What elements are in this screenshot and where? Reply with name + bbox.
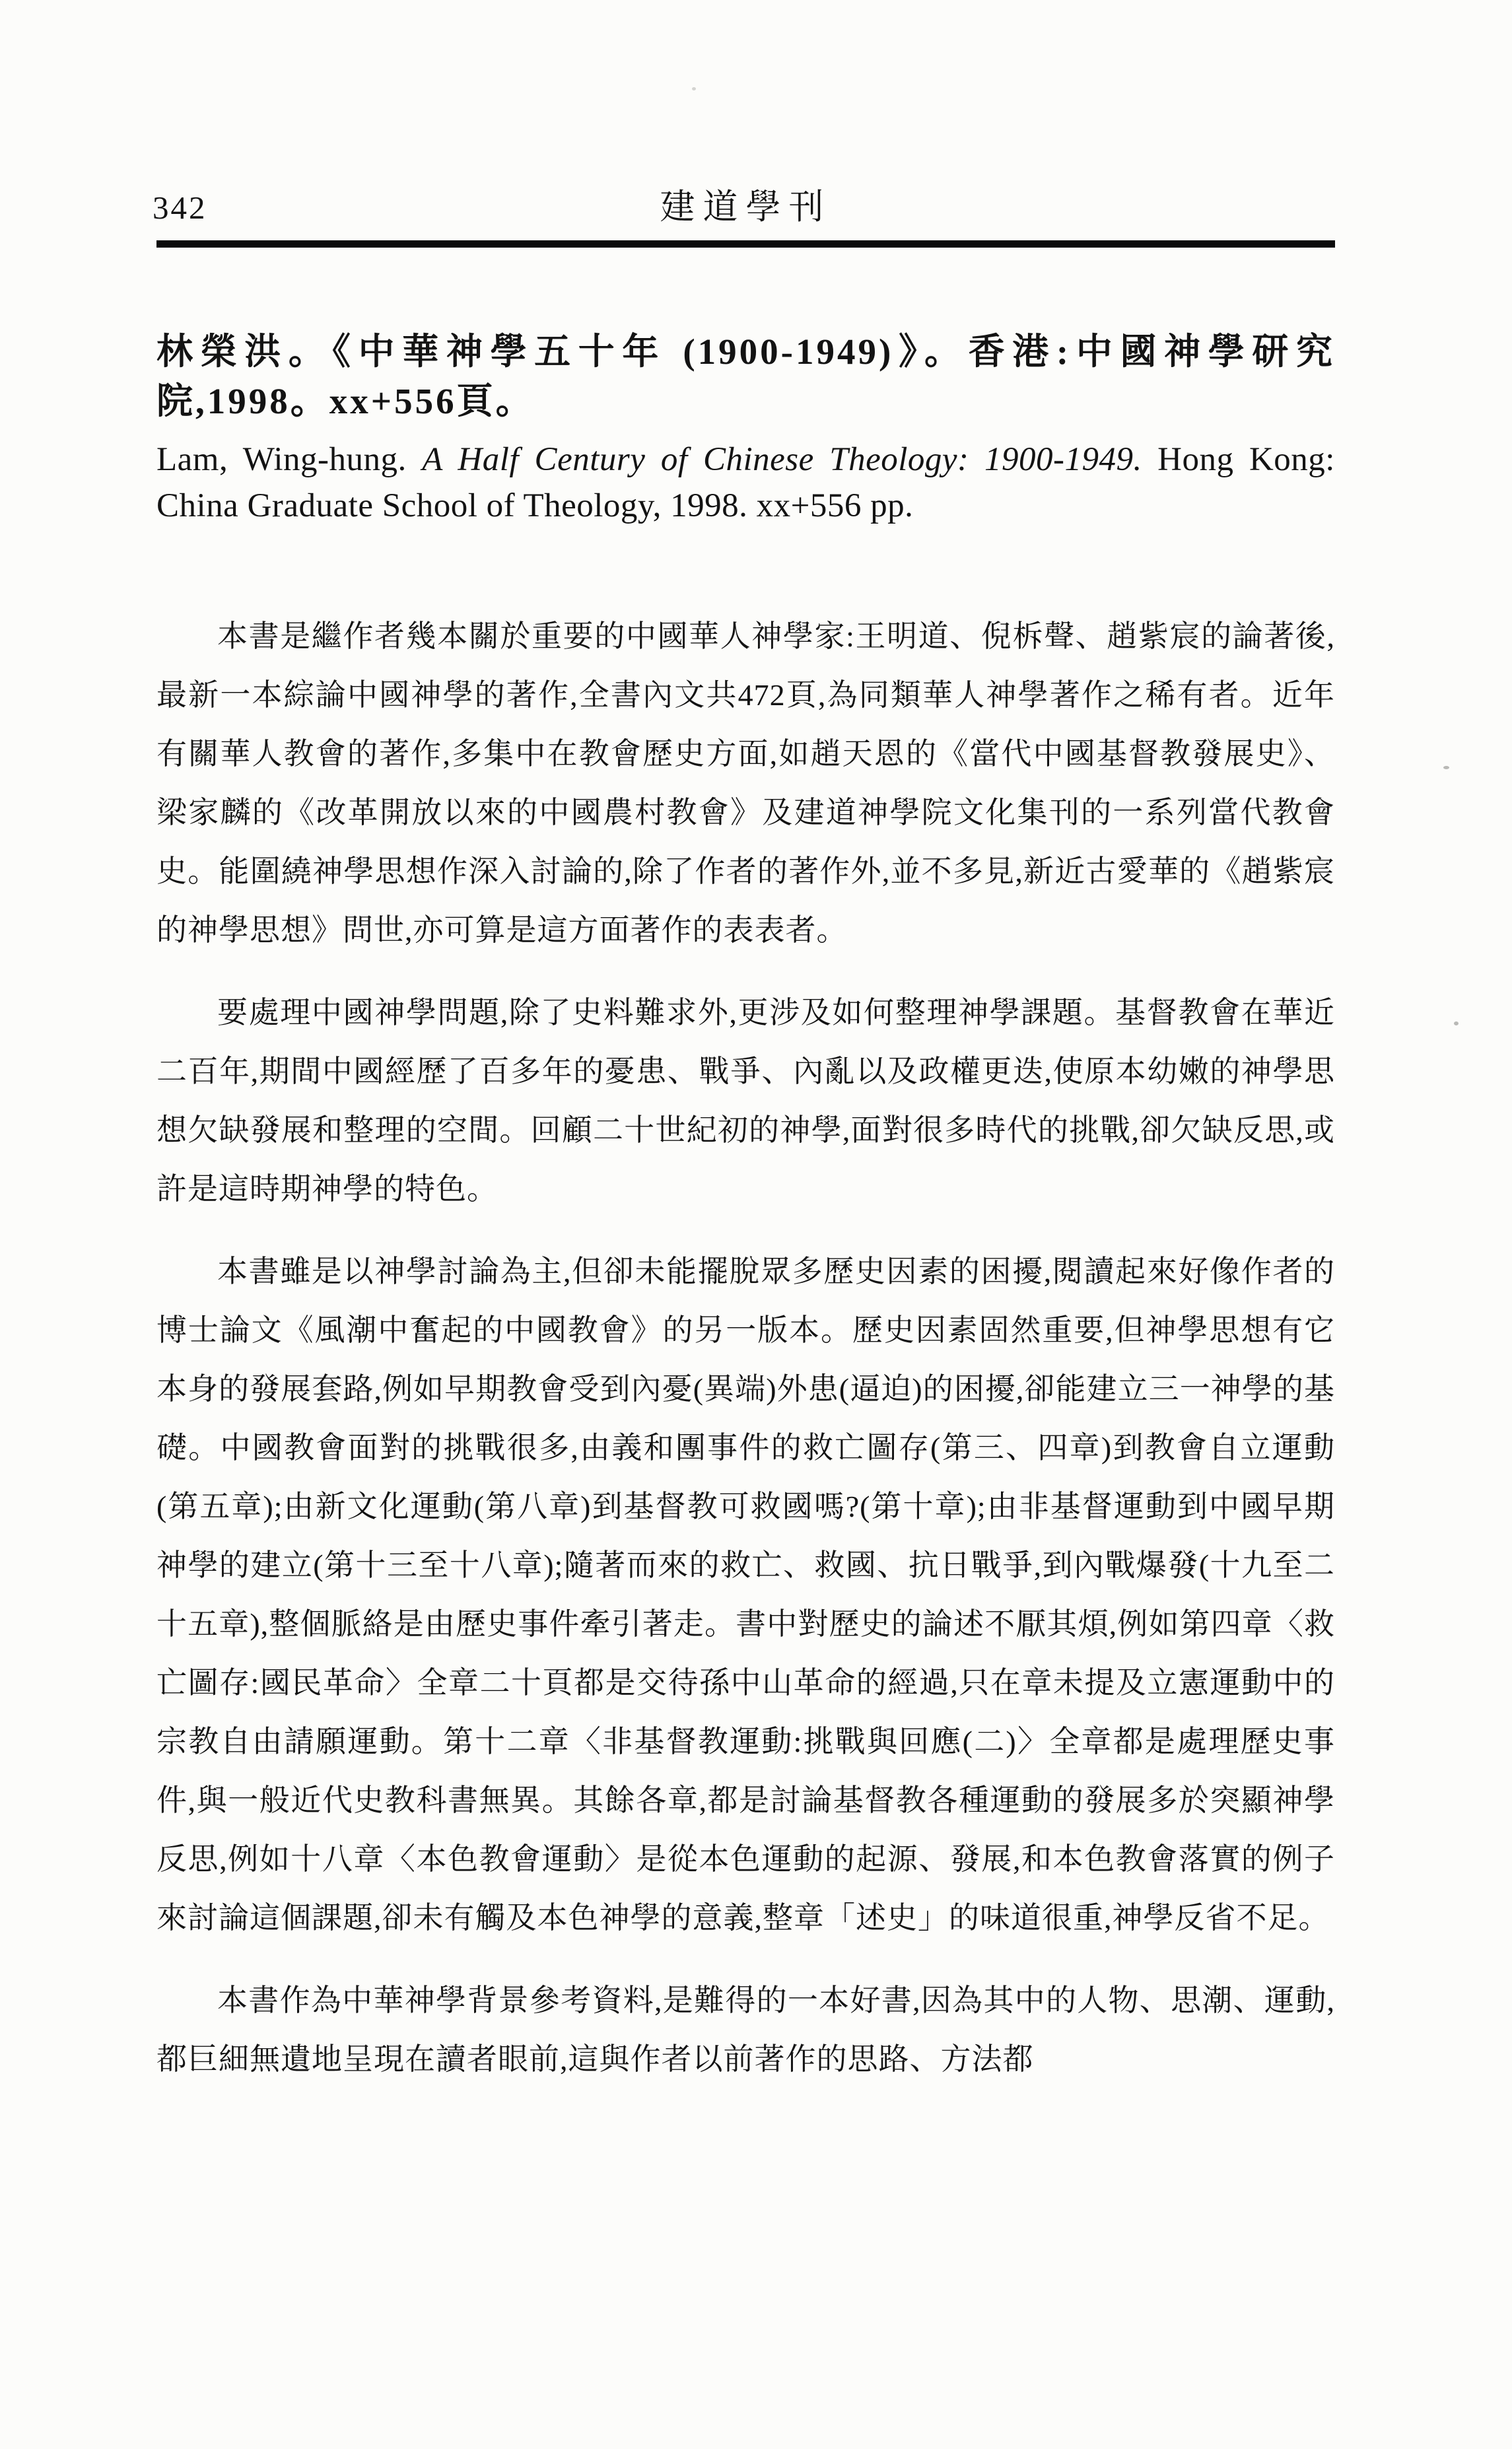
scan-speck [692,87,696,90]
scan-speck [1454,1021,1459,1025]
book-review: 林榮洪。《中華神學五十年 (1900-1949)》。香港:中國神學研究院,199… [156,327,1335,2088]
page-number: 342 [153,191,207,224]
journal-page: 342 建道學刊 林榮洪。《中華神學五十年 (1900-1949)》。香港:中國… [0,0,1512,2449]
review-paragraph-3: 本書雖是以神學討論為主,但卻未能擺脫眾多歷史因素的困擾,閱讀起來好像作者的博士論… [156,1242,1335,1947]
review-paragraph-2: 要處理中國神學問題,除了史料難求外,更涉及如何整理神學課題。基督教會在華近二百年… [156,983,1335,1218]
citation-chinese: 林榮洪。《中華神學五十年 (1900-1949)》。香港:中國神學研究院,199… [156,327,1335,426]
citation-english: Lam, Wing-hung. A Half Century of Chines… [156,436,1335,529]
review-paragraph-4: 本書作為中華神學背景參考資料,是難得的一本好書,因為其中的人物、思潮、運動,都巨… [156,1971,1335,2088]
running-head: 342 建道學刊 [156,191,1335,224]
citation-english-author: Lam, Wing-hung. [156,441,422,478]
review-paragraph-1: 本書是繼作者幾本關於重要的中國華人神學家:王明道、倪柝聲、趙紫宸的論著後,最新一… [156,607,1335,959]
scan-speck [1443,766,1449,769]
review-body: 本書是繼作者幾本關於重要的中國華人神學家:王明道、倪柝聲、趙紫宸的論著後,最新一… [156,607,1335,2088]
citation-english-title: A Half Century of Chinese Theology: 1900… [422,441,1142,478]
journal-title: 建道學刊 [660,189,832,226]
header-rule [156,240,1335,248]
